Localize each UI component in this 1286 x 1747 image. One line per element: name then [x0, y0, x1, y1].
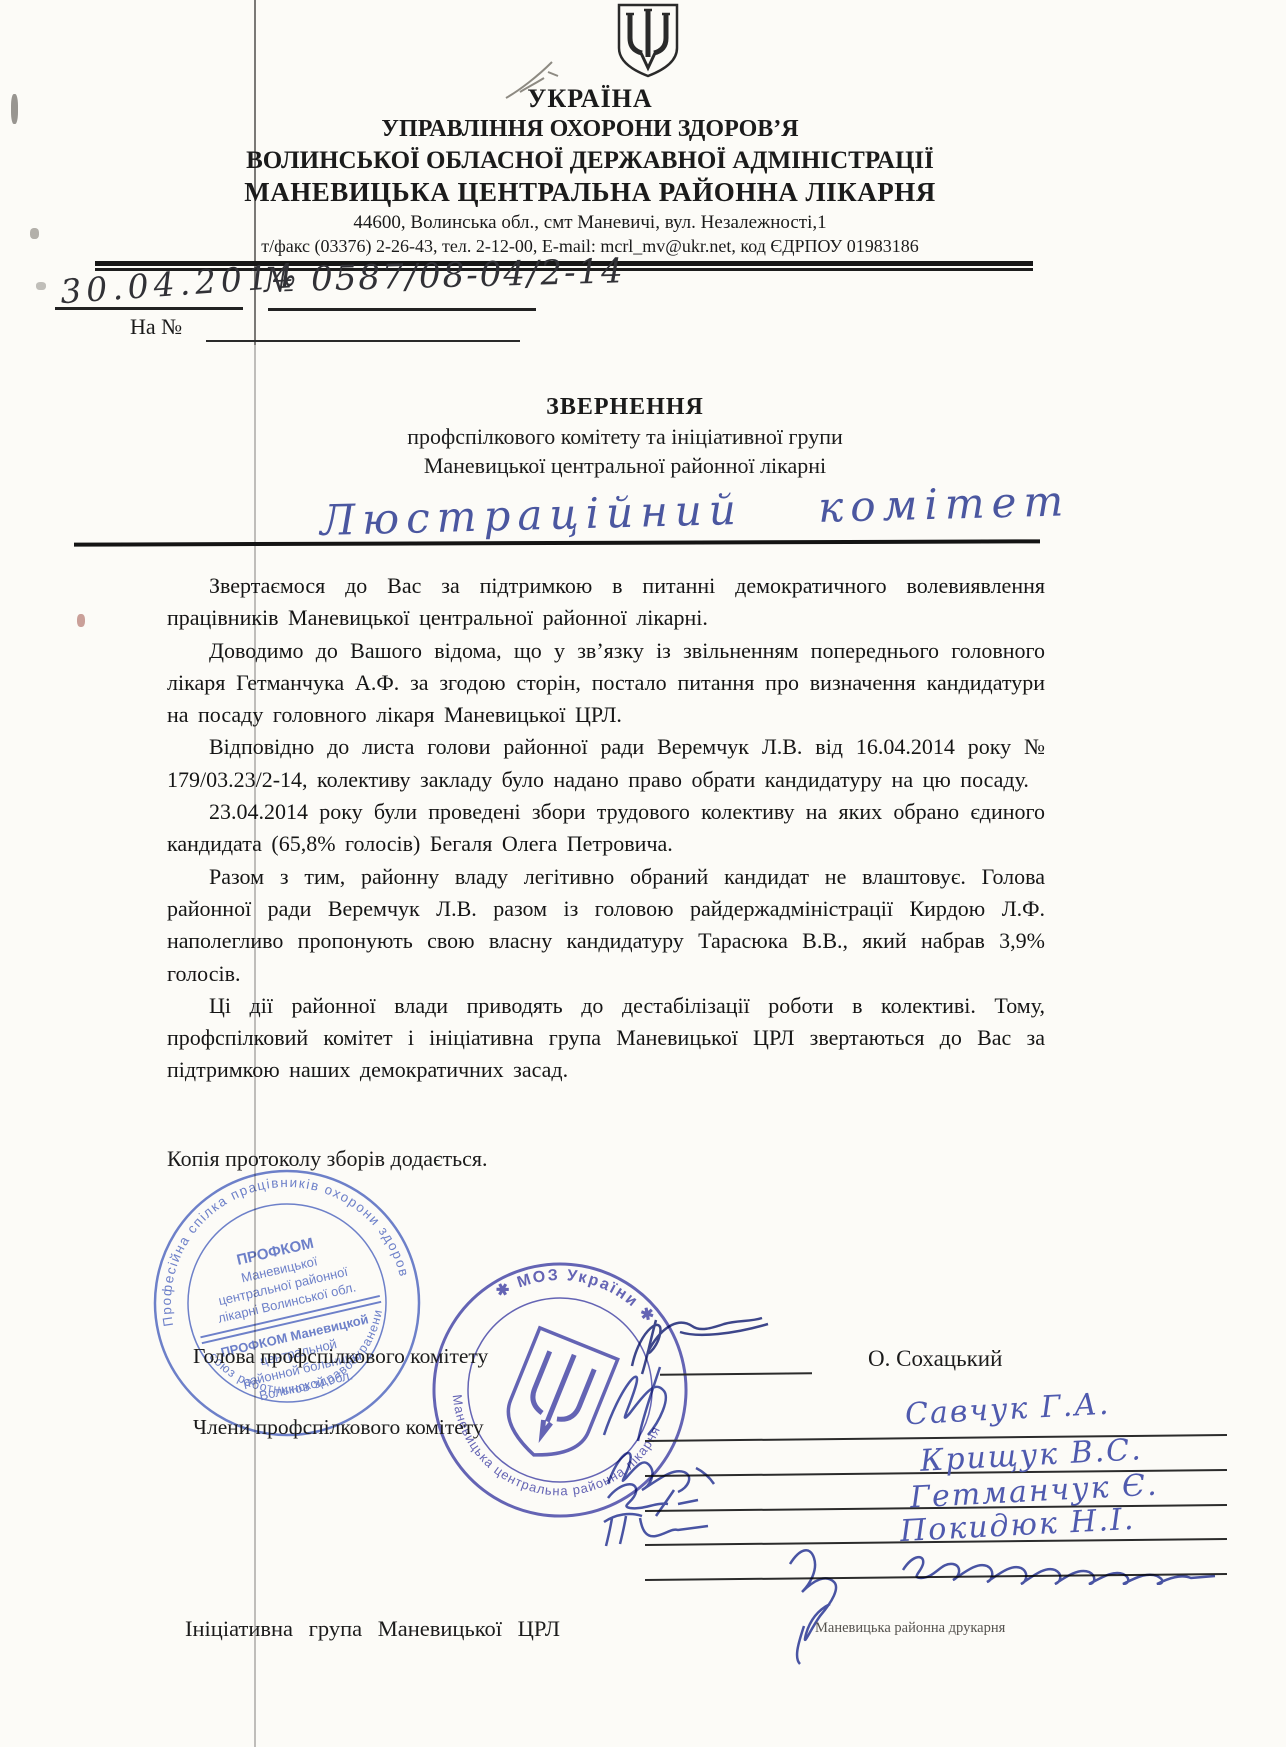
- date-underline: [55, 307, 243, 310]
- letterhead-country: УКРАЇНА: [95, 84, 1085, 114]
- handwritten-outgoing-number: № 0587/08-04/2-14: [264, 251, 626, 300]
- member-name-handwritten: Савчук Г.А.: [904, 1387, 1111, 1433]
- head-signature-label: Голова профспілкового комітету: [193, 1344, 488, 1369]
- member-signature: [760, 1540, 870, 1670]
- paragraph: Ці дії районної влади приводять до деста…: [167, 990, 1045, 1087]
- member-signature: [596, 1506, 726, 1551]
- letter-body: Звертаємося до Вас за підтримкою в питан…: [167, 570, 1045, 1087]
- addressee-underline: [74, 539, 1040, 546]
- scan-speck: [11, 94, 18, 124]
- letterhead-org-line2: ВОЛИНСЬКОЇ ОБЛАСНОЇ ДЕРЖАВНОЇ АДМІНІСТРА…: [95, 145, 1085, 176]
- letterhead-org-line1: УПРАВЛІННЯ ОХОРОНИ ЗДОРОВ’Я: [95, 114, 1085, 145]
- paragraph: Доводимо до Вашого відома, що у зв’язку …: [167, 635, 1045, 732]
- paragraph: Звертаємося до Вас за підтримкою в питан…: [167, 570, 1045, 635]
- scan-speck: [36, 282, 46, 290]
- document-title: ЗВЕРНЕННЯ: [125, 392, 1125, 422]
- initiative-group-line: Ініціативна група Маневицької ЦРЛ: [185, 1616, 560, 1642]
- scan-speck: [30, 228, 39, 239]
- letterhead-org-line3: МАНЕВИЦЬКА ЦЕНТРАЛЬНА РАЙОННА ЛІКАРНЯ: [95, 176, 1085, 209]
- document-subtitle-2: Маневицької центральної районної лікарні: [125, 451, 1125, 480]
- document-title-block: ЗВЕРНЕННЯ профспілкового комітету та іні…: [125, 392, 1125, 480]
- reply-to-underline: [206, 340, 520, 342]
- number-underline: [268, 308, 536, 311]
- letterhead-address: 44600, Волинська обл., смт Маневичі, вул…: [95, 211, 1085, 235]
- letterhead: УКРАЇНА УПРАВЛІННЯ ОХОРОНИ ЗДОРОВ’Я ВОЛИ…: [95, 84, 1085, 258]
- document-subtitle-1: профспілкового комітету та ініціативної …: [125, 422, 1125, 451]
- member-signature: [590, 1355, 730, 1450]
- paragraph: Відповідно до листа голови районної ради…: [167, 731, 1045, 796]
- document-page: УКРАЇНА УПРАВЛІННЯ ОХОРОНИ ЗДОРОВ’Я ВОЛИ…: [0, 0, 1286, 1747]
- ukraine-trident-emblem: [614, 2, 682, 80]
- reply-to-label: На №: [130, 314, 182, 340]
- paragraph: 23.04.2014 року були проведені збори тру…: [167, 796, 1045, 861]
- paragraph: Разом з тим, районну владу легітивно обр…: [167, 861, 1045, 990]
- members-signature-label: Члени профспілкового комітету: [193, 1415, 484, 1440]
- printer-note: Маневицька районна друкарня: [815, 1620, 1005, 1637]
- handwritten-addressee: Люстраційний комітет: [319, 476, 1080, 545]
- head-name: О. Сохацький: [868, 1346, 1002, 1372]
- scan-speck: [77, 614, 85, 627]
- member-signature-illegible: [895, 1540, 1245, 1585]
